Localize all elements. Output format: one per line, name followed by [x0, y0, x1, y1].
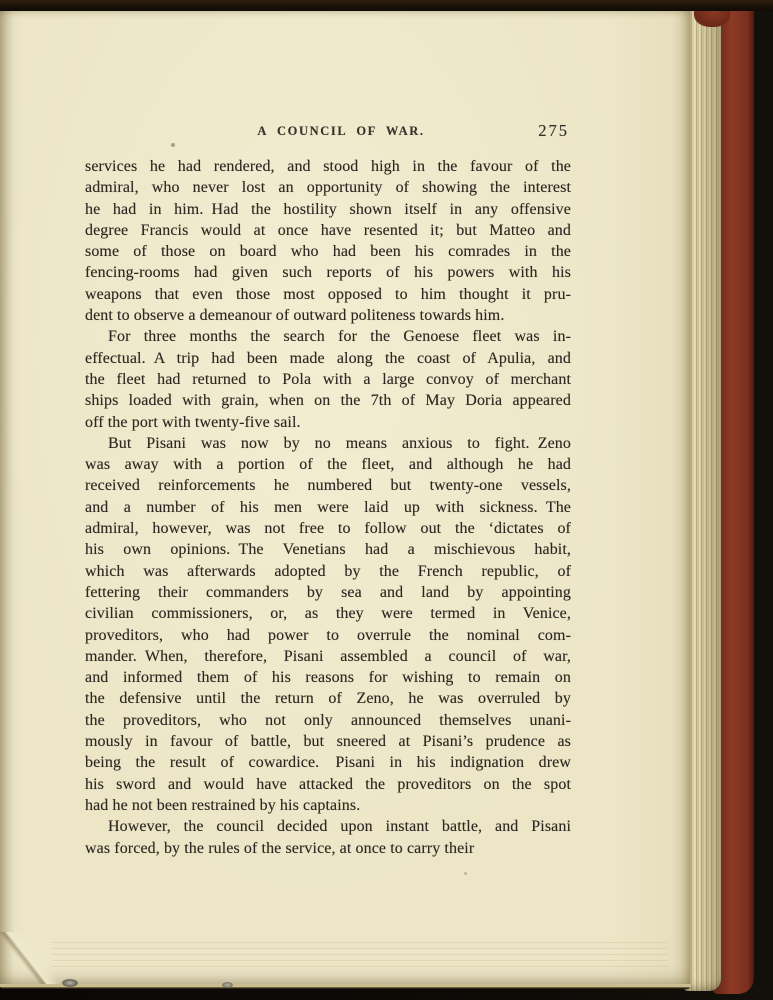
text-line: But Pisani was now by no means anxious t…	[85, 433, 571, 454]
text-line: and informed them of his reasons for wis…	[85, 667, 571, 688]
paragraph: services he had rendered, and stood high…	[85, 156, 571, 326]
ink-speck	[171, 143, 175, 147]
text-line: proveditors, who had power to overrule t…	[85, 625, 571, 646]
running-title: A COUNCIL OF WAR.	[98, 124, 584, 139]
text-line: the fleet had returned to Pola with a la…	[85, 369, 571, 390]
text-line: weapons that even those most opposed to …	[85, 284, 571, 305]
cradle-highlight	[222, 982, 233, 988]
paragraph: But Pisani was now by no means anxious t…	[85, 433, 571, 816]
gutter-shadow	[0, 10, 14, 985]
paragraph: For three months the search for the Geno…	[85, 326, 571, 432]
text-line: being the result of cowardice. Pisani in…	[85, 752, 571, 773]
text-line: mously in favour of battle, but sneered …	[85, 731, 571, 752]
text-line: ships loaded with grain, when on the 7th…	[85, 390, 571, 411]
page-bottom-streaks	[52, 942, 668, 972]
page-body: services he had rendered, and stood high…	[85, 156, 571, 859]
text-line: effectual. A trip had been made along th…	[85, 348, 571, 369]
ink-speck	[464, 872, 467, 875]
text-line: However, the council decided upon instan…	[85, 816, 571, 837]
page-header: A COUNCIL OF WAR. 275	[85, 124, 571, 146]
text-line: dent to observe a demeanour of outward p…	[85, 305, 571, 326]
paragraph: However, the council decided upon instan…	[85, 816, 571, 859]
text-line: which was afterwards adopted by the Fren…	[85, 561, 571, 582]
text-line: had he not been restrained by his captai…	[85, 795, 571, 816]
text-line: admiral, however, was not free to follow…	[85, 518, 571, 539]
corner-fold	[0, 932, 66, 988]
text-line: services he had rendered, and stood high…	[85, 156, 571, 177]
text-line: For three months the search for the Geno…	[85, 326, 571, 347]
text-line: degree Francis would at once have resent…	[85, 220, 571, 241]
book-page: A COUNCIL OF WAR. 275 services he had re…	[0, 10, 691, 985]
text-line: and a number of his men were laid up wit…	[85, 497, 571, 518]
text-line: admiral, who never lost an opportunity o…	[85, 177, 571, 198]
text-line: was forced, by the rules of the service,…	[85, 838, 571, 859]
book-top-shadow	[0, 0, 773, 11]
page-number: 275	[538, 121, 569, 141]
text-line: the defensive until the return of Zeno, …	[85, 688, 571, 709]
text-line: was away with a portion of the fleet, an…	[85, 454, 571, 475]
cradle-highlight	[62, 979, 78, 987]
text-line: civilian commissioners, or, as they were…	[85, 603, 571, 624]
text-line: received reinforcements he numbered but …	[85, 475, 571, 496]
text-line: off the port with twenty-five sail.	[85, 412, 571, 433]
text-line: he had in him. Had the hostility shown i…	[85, 199, 571, 220]
text-line: fettering their commanders by sea and la…	[85, 582, 571, 603]
text-line: his sword and would have attacked the pr…	[85, 774, 571, 795]
text-line: mander. When, therefore, Pisani assemble…	[85, 646, 571, 667]
text-line: some of those on board who had been his …	[85, 241, 571, 262]
photo-background: A COUNCIL OF WAR. 275 services he had re…	[0, 0, 773, 1000]
text-line: fencing-rooms had given such reports of …	[85, 262, 571, 283]
text-line: the proveditors, who not only announced …	[85, 710, 571, 731]
text-line: his own opinions. The Venetians had a mi…	[85, 539, 571, 560]
